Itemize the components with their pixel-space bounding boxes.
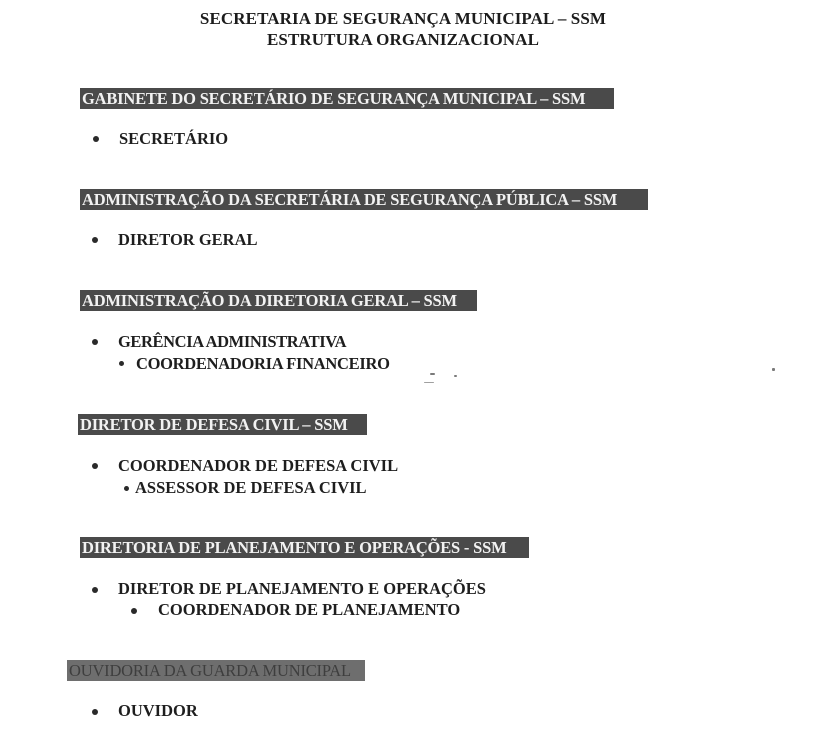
section-heading-administracao-secretaria: ADMINISTRAÇÃO DA SECRETÁRIA DE SEGURANÇA… bbox=[80, 189, 648, 210]
section-heading-ouvidoria: OUVIDORIA DA GUARDA MUNICIPAL bbox=[67, 660, 365, 681]
section-heading-defesa-civil: DIRETOR DE DEFESA CIVIL – SSM bbox=[78, 414, 367, 435]
list-item-coordenadoria-financeiro: COORDENADORIA FINANCEIRO bbox=[136, 354, 390, 374]
bullet-icon bbox=[92, 587, 98, 593]
list-item-secretario: SECRETÁRIO bbox=[119, 129, 228, 149]
bullet-icon bbox=[92, 339, 98, 345]
sub-bullet-icon bbox=[119, 361, 124, 366]
scan-speck bbox=[772, 368, 775, 371]
document-subtitle: ESTRUTURA ORGANIZACIONAL bbox=[0, 30, 806, 50]
list-item-coordenador-planejamento: COORDENADOR DE PLANEJAMENTO bbox=[158, 600, 460, 620]
list-item-assessor-defesa-civil: ASSESSOR DE DEFESA CIVIL bbox=[135, 478, 367, 498]
sub-bullet-icon bbox=[124, 486, 129, 491]
bullet-icon bbox=[92, 709, 98, 715]
section-heading-gabinete: GABINETE DO SECRETÁRIO DE SEGURANÇA MUNI… bbox=[80, 88, 614, 109]
section-heading-administracao-diretoria: ADMINISTRAÇÃO DA DIRETORIA GERAL – SSM bbox=[80, 290, 477, 311]
list-item-gerencia-administrativa: GERÊNCIA ADMINISTRATIVA bbox=[118, 332, 346, 352]
bullet-icon bbox=[92, 237, 98, 243]
scan-speck bbox=[454, 375, 457, 377]
list-item-diretor-geral: DIRETOR GERAL bbox=[118, 230, 258, 250]
document-title: SECRETARIA DE SEGURANÇA MUNICIPAL – SSM bbox=[0, 9, 806, 29]
list-item-diretor-planejamento: DIRETOR DE PLANEJAMENTO E OPERAÇÕES bbox=[118, 579, 486, 599]
list-item-coordenador-defesa-civil: COORDENADOR DE DEFESA CIVIL bbox=[118, 456, 398, 476]
list-item-ouvidor: OUVIDOR bbox=[118, 701, 198, 721]
sub-bullet-icon bbox=[131, 608, 137, 614]
section-heading-planejamento-operacoes: DIRETORIA DE PLANEJAMENTO E OPERAÇÕES - … bbox=[80, 537, 529, 558]
scan-speck bbox=[430, 373, 435, 375]
bullet-icon bbox=[93, 136, 99, 142]
scan-speck bbox=[424, 382, 434, 383]
bullet-icon bbox=[92, 463, 98, 469]
